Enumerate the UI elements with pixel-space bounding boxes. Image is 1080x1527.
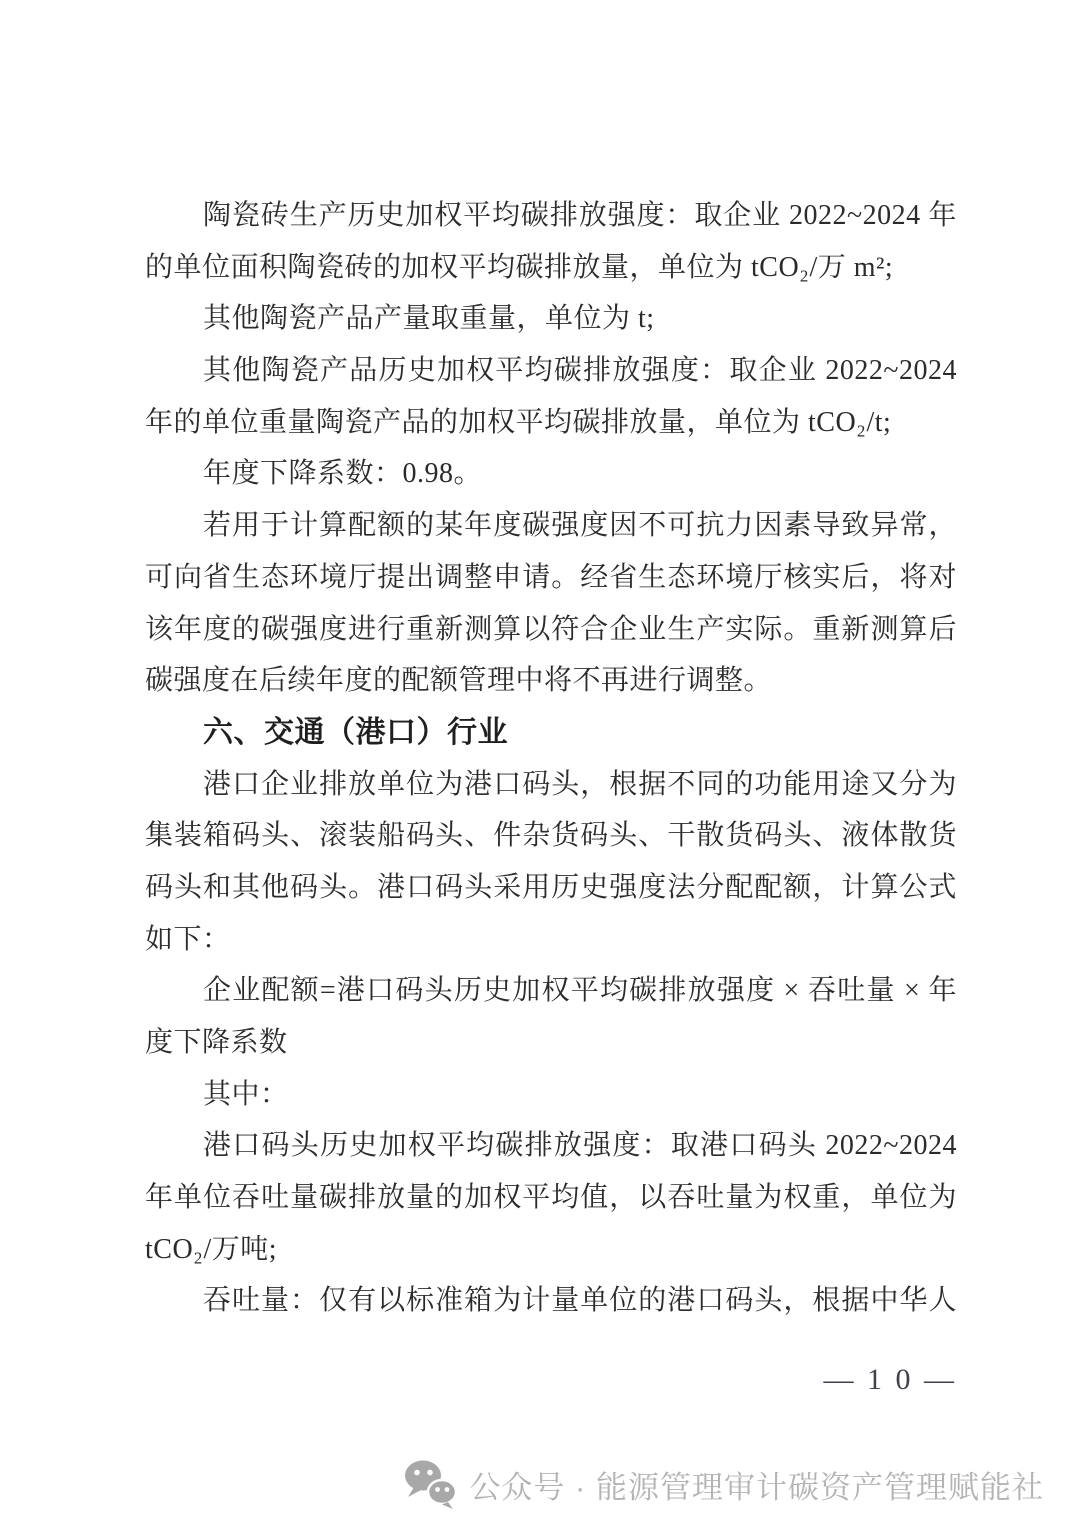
- wechat-icon: [403, 1459, 457, 1509]
- text-line: 其他陶瓷产品产量取重量，单位为 t;: [145, 293, 957, 345]
- text-line: 年度下降系数：0.98。: [145, 448, 957, 500]
- document-body: 陶瓷砖生产历史加权平均碳排放强度：取企业 2022~2024 年 的单位面积陶瓷…: [145, 190, 957, 1327]
- text-line: 可向省生态环境厅提出调整申请。经省生态环境厅核实后，将对: [145, 552, 957, 604]
- document-page: 陶瓷砖生产历史加权平均碳排放强度：取企业 2022~2024 年 的单位面积陶瓷…: [0, 0, 1080, 1527]
- text-line: tCO₂/万吨;: [145, 1224, 957, 1276]
- watermark: 公众号 · 能源管理审计碳资产管理赋能社: [403, 1458, 1044, 1510]
- text-line: 其他陶瓷产品历史加权平均碳排放强度：取企业 2022~2024: [145, 345, 957, 397]
- page-number: — 1 0 —: [824, 1358, 958, 1402]
- formula-line: 度下降系数: [145, 1017, 957, 1069]
- text-line: 港口企业排放单位为港口码头，根据不同的功能用途又分为: [145, 759, 957, 811]
- text-line: 若用于计算配额的某年度碳强度因不可抗力因素导致异常，: [145, 500, 957, 552]
- section-heading: 六、交通（港口）行业: [145, 707, 957, 759]
- text-line: 如下：: [145, 914, 957, 966]
- text-line: 该年度的碳强度进行重新测算以符合企业生产实际。重新测算后: [145, 604, 957, 656]
- formula-line: 企业配额=港口码头历史加权平均碳排放强度 × 吞吐量 × 年: [145, 965, 957, 1017]
- text-line: 吞吐量：仅有以标准箱为计量单位的港口码头，根据中华人: [145, 1275, 957, 1327]
- watermark-text: 公众号 · 能源管理审计碳资产管理赋能社: [469, 1462, 1044, 1507]
- text-line: 集装箱码头、滚装船码头、件杂货码头、干散货码头、液体散货: [145, 810, 957, 862]
- text-line: 港口码头历史加权平均碳排放强度：取港口码头 2022~2024: [145, 1120, 957, 1172]
- text-line: 码头和其他码头。港口码头采用历史强度法分配配额，计算公式: [145, 862, 957, 914]
- text-line: 年的单位重量陶瓷产品的加权平均碳排放量，单位为 tCO₂/t;: [145, 397, 957, 449]
- text-line: 年单位吞吐量碳排放量的加权平均值，以吞吐量为权重，单位为: [145, 1172, 957, 1224]
- text-line: 的单位面积陶瓷砖的加权平均碳排放量，单位为 tCO₂/万 m²;: [145, 242, 957, 294]
- text-line: 碳强度在后续年度的配额管理中将不再进行调整。: [145, 655, 957, 707]
- text-line: 陶瓷砖生产历史加权平均碳排放强度：取企业 2022~2024 年: [145, 190, 957, 242]
- text-line: 其中：: [145, 1069, 957, 1121]
